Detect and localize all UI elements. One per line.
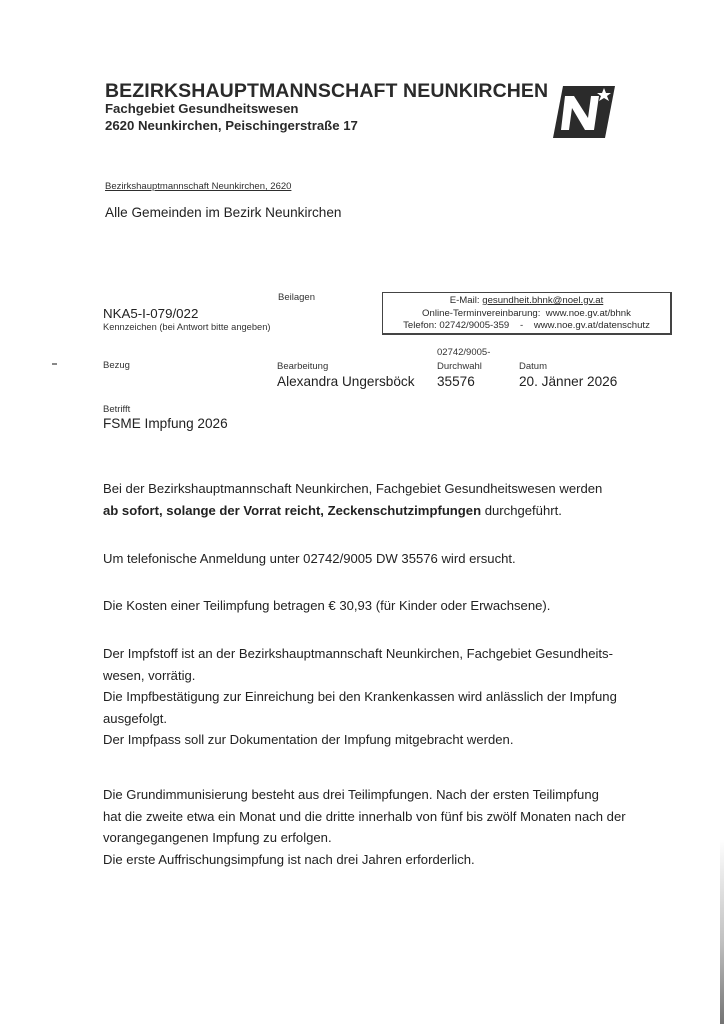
paragraph-line: Bei der Bezirkshauptmannschaft Neunkirch… <box>103 478 602 500</box>
body-paragraph-4: Der Impfstoff ist an der Bezirkshauptman… <box>103 643 617 751</box>
subject-label: Betrifft <box>103 404 130 415</box>
reference-hint: Kennzeichen (bei Antwort bitte angeben) <box>103 322 270 332</box>
privacy-link[interactable]: www.noe.gv.at/datenschutz <box>534 320 650 331</box>
paragraph-line: wesen, vorrätig. <box>103 665 617 687</box>
paragraph-line: Der Impfstoff ist an der Bezirkshauptman… <box>103 643 617 665</box>
body-paragraph-3: Die Kosten einer Teilimpfung betragen € … <box>103 595 550 617</box>
contact-box: E-Mail: gesundheit.bhnk@noel.gv.at Onlin… <box>382 292 672 335</box>
durchwahl-value: 35576 <box>437 374 475 389</box>
datum-label: Datum <box>519 361 547 372</box>
subject-value: FSME Impfung 2026 <box>103 416 228 431</box>
separator: - <box>520 320 523 331</box>
beilagen-label: Beilagen <box>278 292 315 303</box>
paragraph-line: ausgefolgt. <box>103 708 617 730</box>
noe-n-star-logo-icon <box>553 84 617 140</box>
email-link[interactable]: gesundheit.bhnk@noel.gv.at <box>482 295 603 306</box>
contact-email-row: E-Mail: gesundheit.bhnk@noel.gv.at <box>383 295 670 308</box>
paragraph-line: ab sofort, solange der Vorrat reicht, Ze… <box>103 500 602 522</box>
paragraph-line: Die Grundimmunisierung besteht aus drei … <box>103 784 626 806</box>
body-paragraph-1: Bei der Bezirkshauptmannschaft Neunkirch… <box>103 478 602 521</box>
online-link[interactable]: www.noe.gv.at/bhnk <box>546 308 631 319</box>
paragraph-line: Die Impfbestätigung zur Einreichung bei … <box>103 686 617 708</box>
bearbeiter-name: Alexandra Ungersböck <box>277 374 415 389</box>
durchwahl-prefix: 02742/9005- <box>437 347 490 358</box>
paragraph-line: Der Impfpass soll zur Dokumentation der … <box>103 729 617 751</box>
scan-shadow-edge <box>720 0 724 1024</box>
phone-number: 02742/9005-359 <box>439 320 509 331</box>
durchwahl-label: Durchwahl <box>437 361 482 372</box>
contact-online-row: Online-Terminvereinbarung: www.noe.gv.at… <box>383 308 670 321</box>
contact-phone-row: Telefon: 02742/9005-359 - www.noe.gv.at/… <box>383 320 670 333</box>
fold-mark <box>52 363 57 365</box>
department-name: Fachgebiet Gesundheitswesen <box>105 101 298 116</box>
paragraph-line: Die erste Auffrischungsimpfung ist nach … <box>103 849 626 871</box>
sender-return-address: Bezirkshauptmannschaft Neunkirchen, 2620 <box>105 181 291 192</box>
bezug-label: Bezug <box>103 360 130 371</box>
organization-address: 2620 Neunkirchen, Peischingerstraße 17 <box>105 118 358 133</box>
bold-emphasis: ab sofort, solange der Vorrat reicht, Ze… <box>103 503 481 518</box>
email-label: E-Mail: <box>450 295 480 306</box>
paragraph-text: durchgeführt. <box>481 503 562 518</box>
phone-label: Telefon: <box>403 320 437 331</box>
body-paragraph-5: Die Grundimmunisierung besteht aus drei … <box>103 784 626 870</box>
online-label: Online-Terminvereinbarung: <box>422 308 540 319</box>
bearbeitung-label: Bearbeitung <box>277 361 328 372</box>
recipient: Alle Gemeinden im Bezirk Neunkirchen <box>105 205 341 220</box>
paragraph-line: hat die zweite etwa ein Monat und die dr… <box>103 806 626 828</box>
organization-name: BEZIRKSHAUPTMANNSCHAFT NEUNKIRCHEN <box>105 80 548 103</box>
paragraph-line: vorangegangenen Impfung zu erfolgen. <box>103 827 626 849</box>
datum-value: 20. Jänner 2026 <box>519 374 617 389</box>
body-paragraph-2: Um telefonische Anmeldung unter 02742/90… <box>103 548 516 570</box>
reference-number: NKA5-I-079/022 <box>103 306 198 321</box>
